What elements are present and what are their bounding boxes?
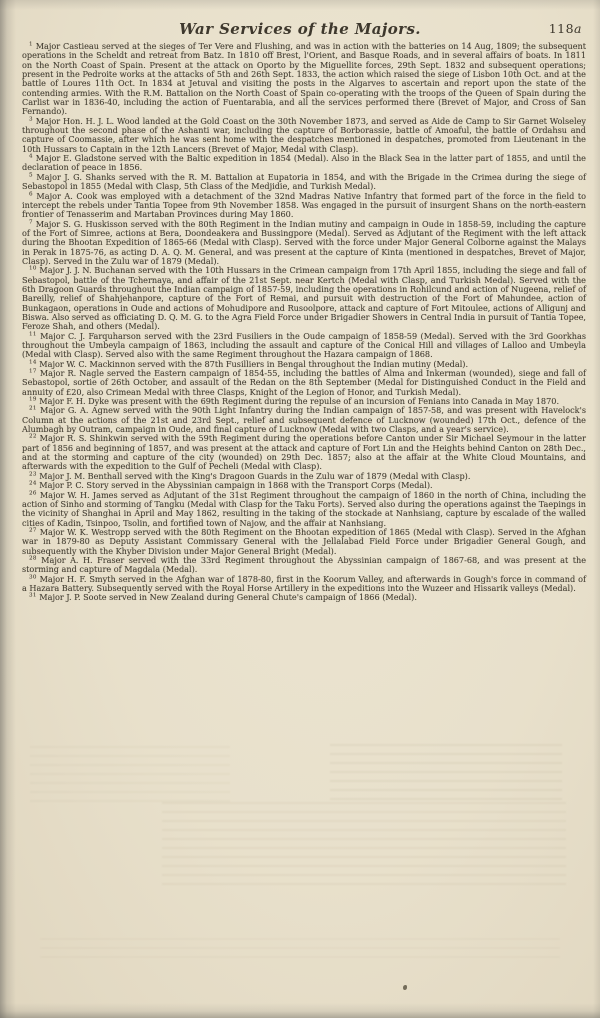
war-service-entry: 27 Major W. K. Westropp served with the … [22, 528, 586, 556]
war-service-entry: 4 Major E. Gladstone served with the Bal… [22, 154, 586, 173]
entry-text: Major R. Nagle served the Eastern campai… [22, 368, 586, 397]
entry-number: 22 [29, 434, 37, 440]
war-service-entry: 3 Major Hon. H. J. L. Wood landed at the… [22, 117, 586, 154]
bleed-through-text [330, 744, 562, 806]
entry-text: Major J. J. N. Buchanan served with the … [22, 265, 586, 331]
page-number-digits: 118 [549, 21, 574, 36]
entry-number: 26 [29, 490, 37, 496]
entry-text: Major C. J. Farquharson served with the … [22, 331, 586, 360]
entry-number: 23 [29, 471, 37, 477]
book-page: War Services of the Majors. 118a 1 Major… [0, 0, 600, 1018]
entry-text: Major H. F. Smyth served in the Afghan w… [22, 574, 586, 593]
ink-speck [403, 985, 407, 990]
war-service-entry: 10 Major J. J. N. Buchanan served with t… [22, 266, 586, 331]
war-service-entry: 26 Major W. H. James served as Adjutant … [22, 491, 586, 528]
page-title: War Services of the Majors. [0, 20, 600, 38]
entry-text: Major J. G. Shanks served with the R. M.… [22, 172, 586, 191]
entry-text: Major A. H. Fraser served with the 33rd … [22, 555, 586, 574]
war-service-entry: 11 Major C. J. Farquharson served with t… [22, 332, 586, 360]
page-number: 118a [549, 21, 582, 36]
entry-text: Major E. Gladstone served with the Balti… [22, 153, 586, 172]
entry-text: Major A. Cook was employed with a detach… [22, 191, 586, 220]
entry-number: 11 [29, 331, 37, 337]
entry-number: 27 [29, 527, 37, 533]
entry-text: Major R. S. Shinkwin served with the 59t… [22, 433, 586, 471]
bleed-through-text [162, 802, 566, 890]
entry-text: Major S. G. Huskisson served with the 80… [22, 219, 586, 266]
entry-text: Major W. K. Westropp served with the 80t… [22, 527, 586, 556]
war-service-entry: 28 Major A. H. Fraser served with the 33… [22, 556, 586, 575]
entry-number: 14 [29, 359, 37, 365]
entry-number: 21 [29, 406, 37, 412]
entry-number: 10 [29, 266, 37, 272]
bleed-through-text [30, 746, 230, 802]
war-service-entry: 31 Major J. P. Soote served in New Zeala… [22, 593, 586, 602]
war-service-entry: 17 Major R. Nagle served the Eastern cam… [22, 369, 586, 397]
entry-text: Major W. H. James served as Adjutant of … [22, 490, 586, 528]
entry-number: 24 [29, 480, 37, 486]
entry-number: 28 [29, 555, 37, 561]
entry-number: 31 [29, 593, 37, 599]
entry-number: 19 [29, 396, 37, 402]
page-number-suffix: a [574, 21, 582, 36]
entry-text: Major J. P. Soote served in New Zealand … [37, 592, 417, 602]
war-service-entry: 7 Major S. G. Huskisson served with the … [22, 220, 586, 267]
war-service-entry: 5 Major J. G. Shanks served with the R. … [22, 173, 586, 192]
war-service-entry: 1 Major Castieau served at the sieges of… [22, 42, 586, 117]
bleed-through-text [40, 938, 560, 964]
war-service-entry: 30 Major H. F. Smyth served in the Afgha… [22, 575, 586, 594]
war-service-entry: 21 Major G. A. Agnew served with the 90t… [22, 406, 586, 434]
entry-number: 30 [29, 574, 37, 580]
entry-text: Major Hon. H. J. L. Wood landed at the G… [22, 116, 586, 154]
entry-number: 17 [29, 368, 37, 374]
war-services-list: 1 Major Castieau served at the sieges of… [22, 42, 586, 603]
war-service-entry: 22 Major R. S. Shinkwin served with the … [22, 434, 586, 471]
war-service-entry: 6 Major A. Cook was employed with a deta… [22, 192, 586, 220]
entry-text: Major G. A. Agnew served with the 90th L… [22, 405, 586, 434]
entry-text: Major Castieau served at the sieges of T… [22, 41, 586, 116]
